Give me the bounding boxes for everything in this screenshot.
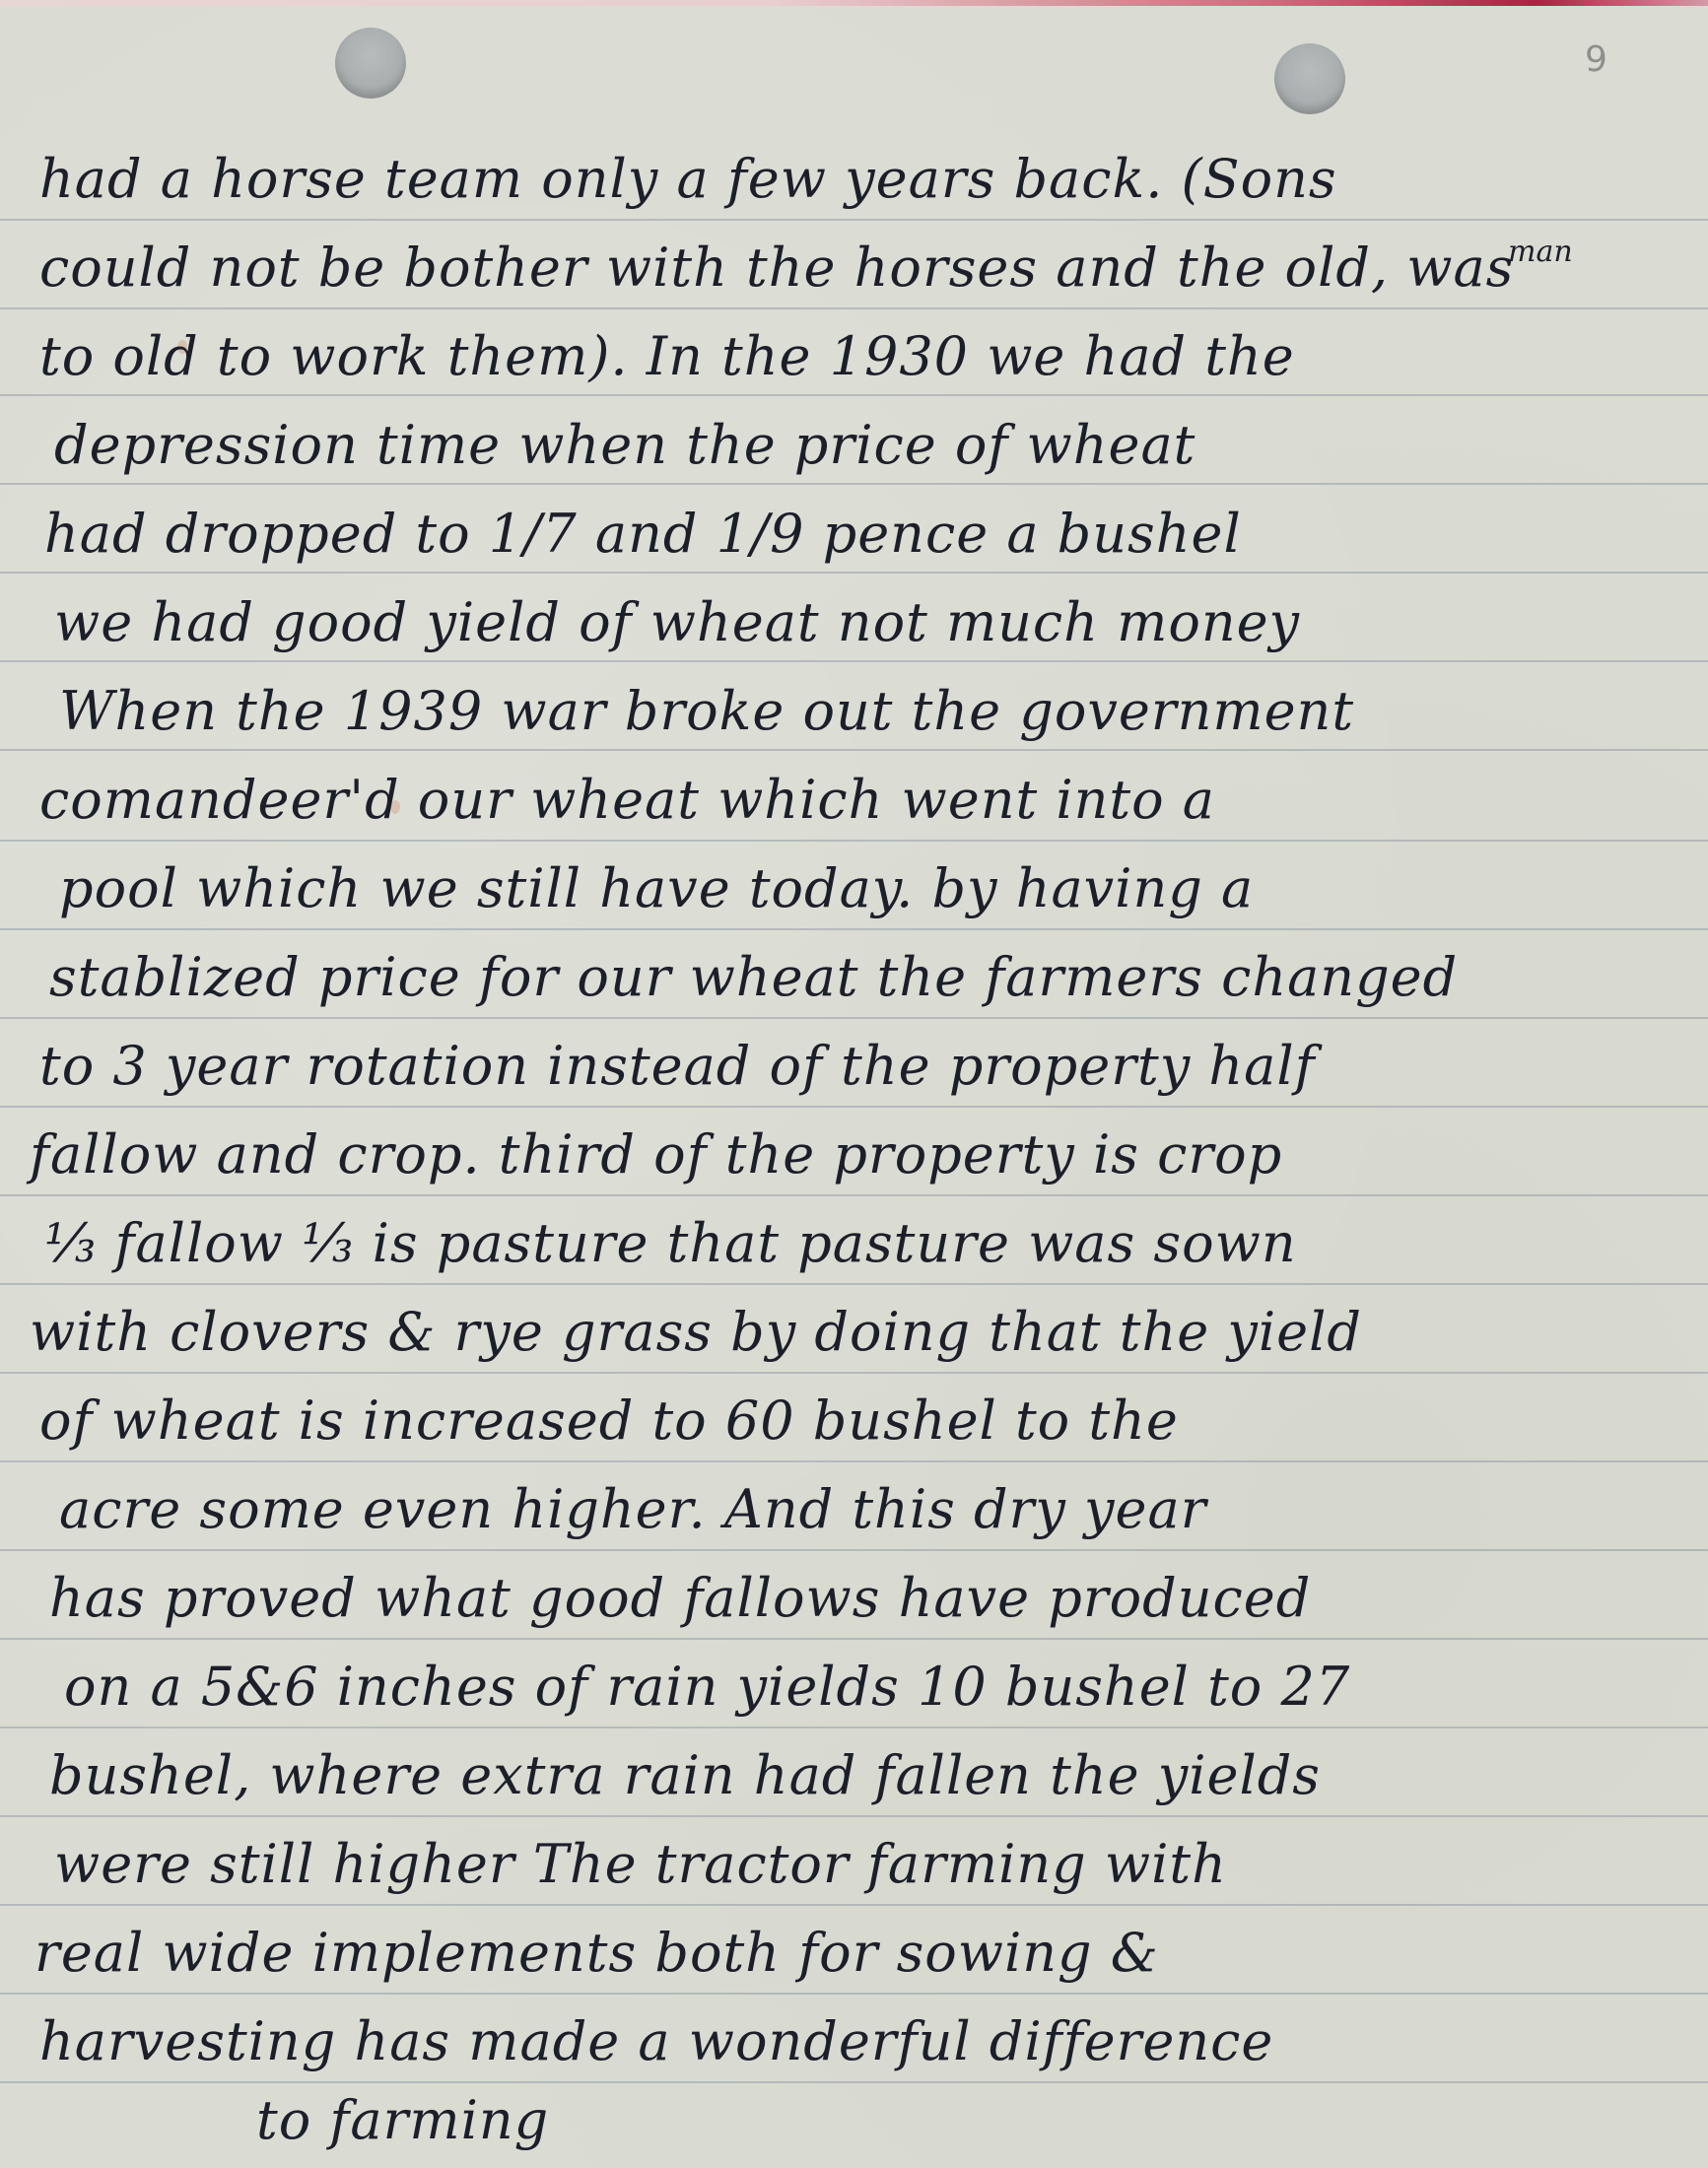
ruled-line xyxy=(0,1727,1708,1728)
ruled-line xyxy=(0,1904,1708,1906)
handwritten-line: could not be bother with the horses and … xyxy=(39,237,1514,299)
handwritten-line: harvesting has made a wonderful differen… xyxy=(39,2010,1273,2072)
ruled-line xyxy=(0,1993,1708,1995)
ruled-line xyxy=(0,1106,1708,1108)
ruled-line xyxy=(0,928,1708,930)
handwritten-line: stablized price for our wheat the farmer… xyxy=(49,946,1458,1008)
ruled-line xyxy=(0,219,1708,221)
handwritten-line: ⅓ fallow ⅓ is pasture that pasture was s… xyxy=(44,1212,1297,1274)
insertion-note: man xyxy=(1508,235,1573,269)
ruled-line xyxy=(0,1017,1708,1019)
ruled-line xyxy=(0,1372,1708,1374)
punch-hole-left xyxy=(335,28,406,99)
handwritten-line: of wheat is increased to 60 bushel to th… xyxy=(39,1389,1179,1452)
handwritten-line: to old to work them). In the 1930 we had… xyxy=(39,325,1295,387)
handwritten-line: we had good yield of wheat not much mone… xyxy=(54,591,1300,653)
ruled-line xyxy=(0,660,1708,662)
handwritten-line: real wide implements both for sowing & xyxy=(34,1922,1159,1984)
handwritten-line: fallow and crop. third of the property i… xyxy=(30,1123,1282,1186)
ruled-line xyxy=(0,749,1708,751)
handwritten-line: has proved what good fallows have produc… xyxy=(49,1567,1311,1629)
handwritten-line: pool which we still have today. by havin… xyxy=(59,857,1254,919)
handwritten-line: depression time when the price of wheat xyxy=(54,414,1196,476)
ruled-line xyxy=(0,1815,1708,1817)
ruled-line xyxy=(0,1460,1708,1462)
handwritten-line: were still higher The tractor farming wi… xyxy=(54,1833,1227,1895)
ruled-line xyxy=(0,394,1708,396)
ruled-line xyxy=(0,483,1708,485)
ruled-line xyxy=(0,2081,1708,2083)
handwritten-line: comandeer'd our wheat which went into a xyxy=(39,769,1215,831)
handwritten-line: bushel, where extra rain had fallen the … xyxy=(49,1744,1321,1806)
punch-hole-right xyxy=(1274,43,1345,114)
ruled-line xyxy=(0,840,1708,842)
handwritten-line: with clovers & rye grass by doing that t… xyxy=(30,1301,1362,1363)
ruled-line xyxy=(0,572,1708,574)
handwritten-line: to 3 year rotation instead of the proper… xyxy=(39,1035,1316,1097)
handwritten-line: When the 1939 war broke out the governme… xyxy=(59,680,1354,742)
handwritten-line: acre some even higher. And this dry year xyxy=(59,1478,1207,1540)
handwritten-line: on a 5&6 inches of rain yields 10 bushel… xyxy=(64,1656,1350,1718)
handwritten-line: to farming xyxy=(256,2089,549,2151)
ruled-line xyxy=(0,1549,1708,1551)
ruled-line xyxy=(0,307,1708,309)
top-edge-strip xyxy=(0,0,1708,6)
notebook-page: 9 man had a horse team only a few years … xyxy=(0,0,1708,2168)
handwritten-line: had dropped to 1/7 and 1/9 pence a bushe… xyxy=(44,503,1242,565)
handwritten-line: had a horse team only a few years back. … xyxy=(39,148,1337,210)
ruled-line xyxy=(0,1283,1708,1285)
ruled-line xyxy=(0,1194,1708,1196)
page-number: 9 xyxy=(1585,39,1607,80)
ruled-line xyxy=(0,1638,1708,1640)
